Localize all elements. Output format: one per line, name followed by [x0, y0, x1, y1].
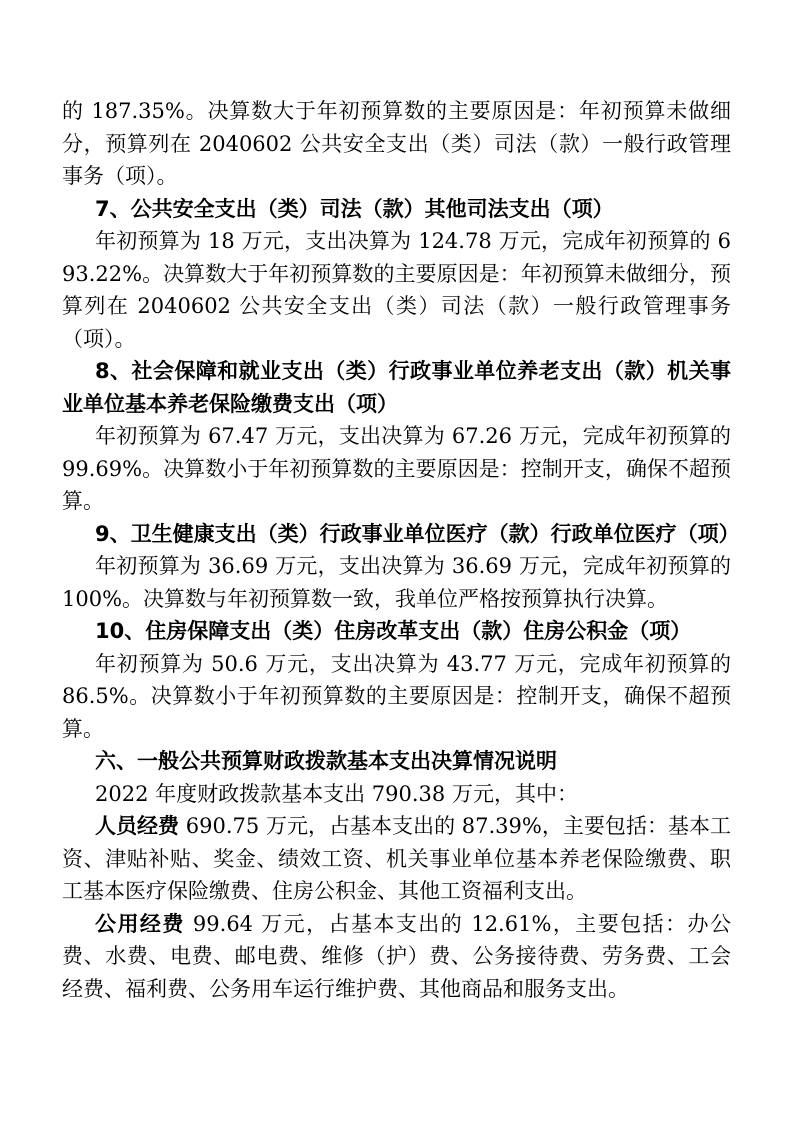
paragraph: 年初预算为 18 万元，支出决算为 124.78 万元，完成年初预算的 693.… [62, 225, 731, 355]
section-heading: 六、一般公共预算财政拨款基本支出决算情况说明 [62, 745, 731, 778]
paragraph: 的 187.35%。决算数大于年初预算数的主要原因是：年初预算未做细分，预算列在… [62, 95, 731, 193]
section-heading: 9、卫生健康支出（类）行政事业单位医疗（款）行政单位医疗（项） [62, 518, 731, 551]
section-heading: 10、住房保障支出（类）住房改革支出（款）住房公积金（项） [62, 615, 731, 648]
document-content: 的 187.35%。决算数大于年初预算数的主要原因是：年初预算未做细分，预算列在… [62, 95, 731, 1005]
section-heading: 7、公共安全支出（类）司法（款）其他司法支出（项） [62, 193, 731, 226]
document-page: 的 187.35%。决算数大于年初预算数的主要原因是：年初预算未做细分，预算列在… [0, 0, 793, 1122]
paragraph-lead: 公用经费 [95, 912, 185, 936]
paragraph: 年初预算为 36.69 万元，支出决算为 36.69 万元，完成年初预算的 10… [62, 550, 731, 615]
paragraph: 公用经费 99.64 万元，占基本支出的 12.61%，主要包括：办公费、水费、… [62, 908, 731, 1006]
paragraph: 年初预算为 67.47 万元，支出决算为 67.26 万元，完成年初预算的 99… [62, 420, 731, 518]
paragraph-lead: 人员经费 [95, 814, 179, 838]
paragraph: 年初预算为 50.6 万元，支出决算为 43.77 万元，完成年初预算的 86.… [62, 648, 731, 746]
section-heading: 8、社会保障和就业支出（类）行政事业单位养老支出（款）机关事业单位基本养老保险缴… [62, 355, 731, 420]
paragraph: 2022 年度财政拨款基本支出 790.38 万元，其中： [62, 778, 731, 811]
paragraph: 人员经费 690.75 万元，占基本支出的 87.39%，主要包括：基本工资、津… [62, 810, 731, 908]
